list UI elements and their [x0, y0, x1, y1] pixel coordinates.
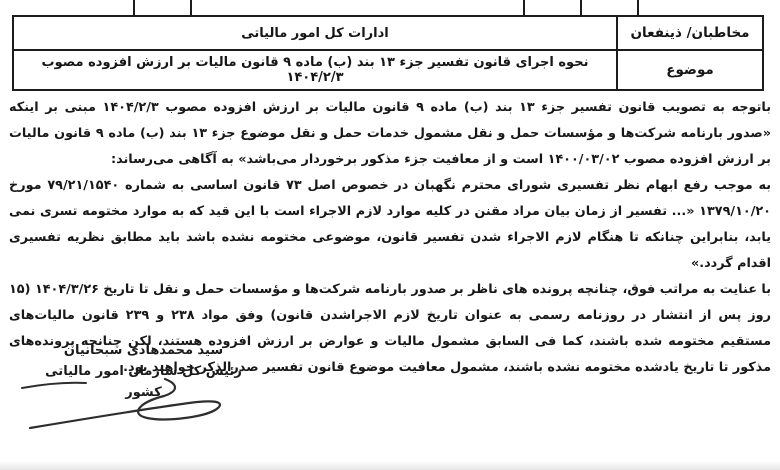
- recipients-label: مخاطبان/ ذینفعان: [616, 17, 762, 49]
- table-gridline-stub: [133, 0, 135, 16]
- recipients-value: ادارات کل امور مالیاتی: [14, 17, 616, 49]
- scan-edge-shadow: [0, 461, 780, 470]
- subject-value: نحوه اجرای قانون تفسیر جزء ۱۳ بند (ب) ما…: [14, 51, 616, 89]
- signature-scribble: [16, 372, 241, 438]
- paragraph-2: به موجب رفع ابهام نظر تفسیری شورای محترم…: [9, 173, 771, 277]
- scanned-letter-page: مخاطبان/ ذینفعان ادارات کل امور مالیاتی …: [0, 0, 780, 470]
- table-gridline-stub: [580, 0, 582, 16]
- paragraph-1: باتوجه به تصویب قانون تفسیر جزء ۱۳ بند (…: [9, 95, 771, 173]
- table-gridline-stub: [637, 0, 639, 16]
- table-gridline-stub: [190, 0, 192, 16]
- letter-body: باتوجه به تصویب قانون تفسیر جزء ۱۳ بند (…: [9, 95, 771, 381]
- table-gridline-stub: [523, 0, 525, 16]
- table-row: مخاطبان/ ذینفعان ادارات کل امور مالیاتی: [14, 17, 762, 51]
- letter-header-table: مخاطبان/ ذینفعان ادارات کل امور مالیاتی …: [12, 15, 764, 91]
- table-row: موضوع نحوه اجرای قانون تفسیر جزء ۱۳ بند …: [14, 51, 762, 89]
- subject-label: موضوع: [616, 51, 762, 89]
- signer-name: سید محمدهادی سبحانیان: [26, 340, 261, 361]
